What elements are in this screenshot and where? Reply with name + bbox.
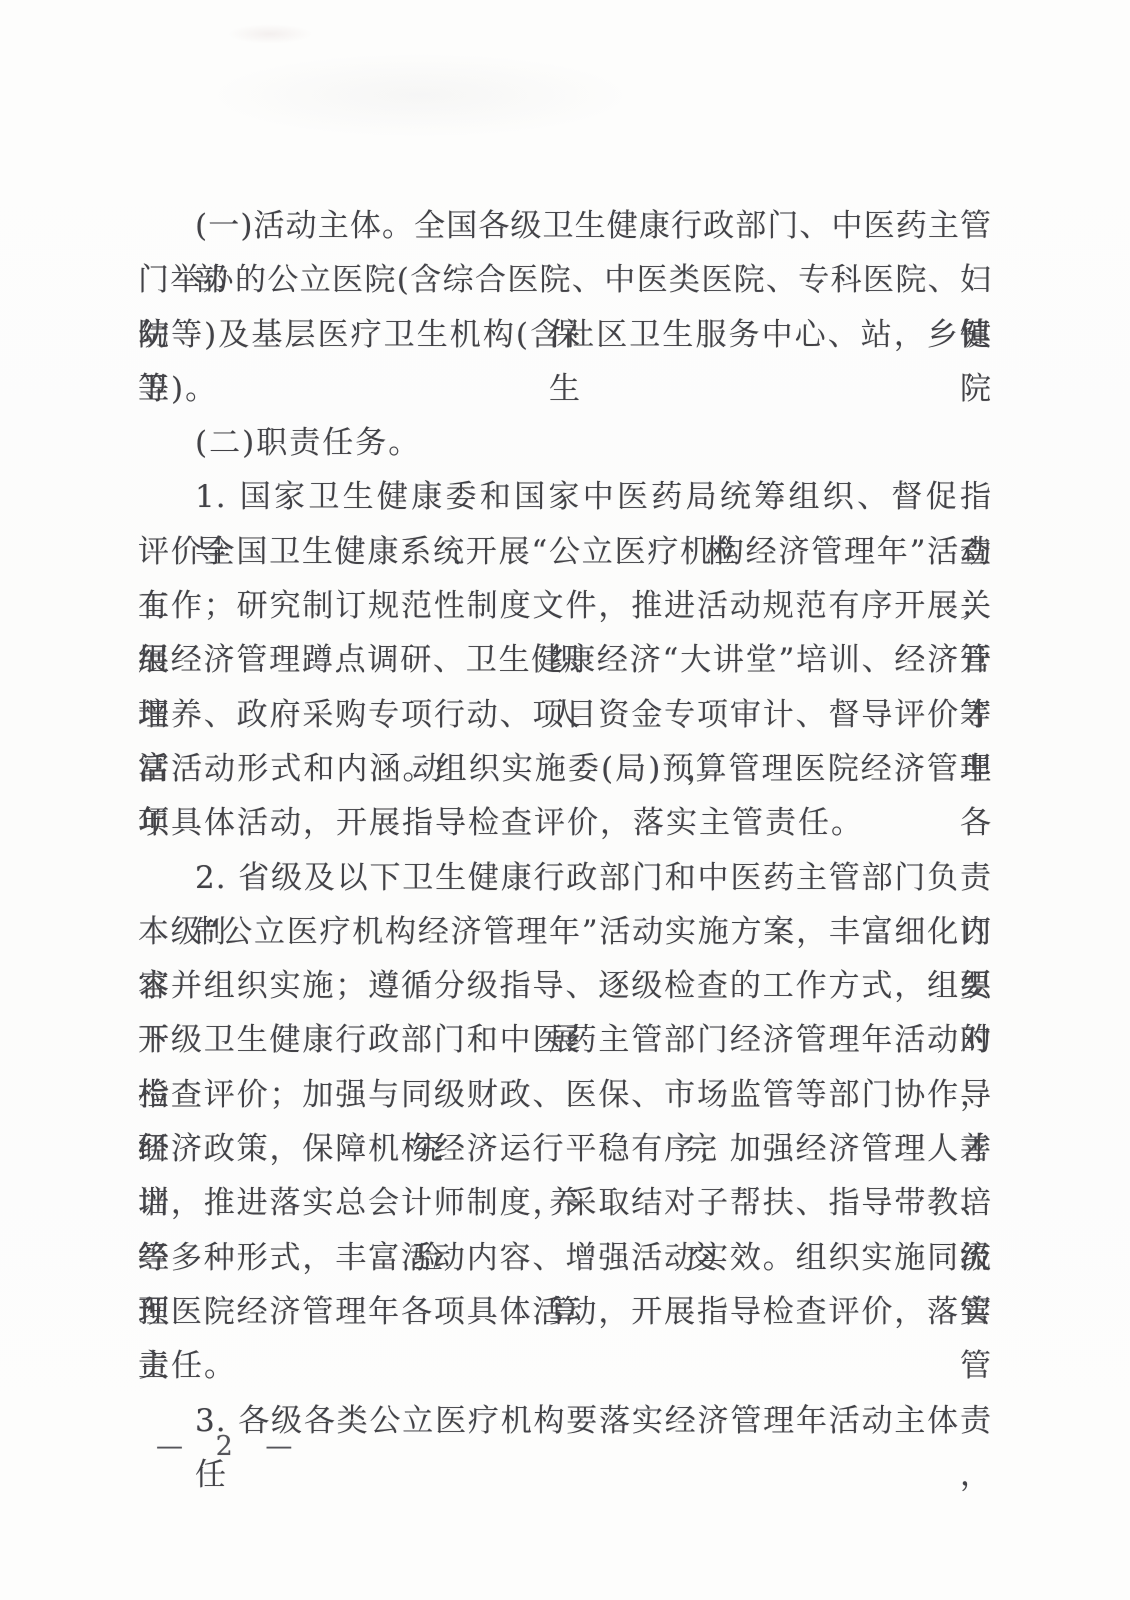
document-page: (一)活动主体。全国各级卫生健康行政部门、中医药主管部 门举办的公立医院(含综合…	[0, 0, 1130, 1600]
text-line: 门举办的公立医院(含综合医院、中医类医院、专科医院、妇幼保健	[138, 253, 992, 307]
text-line: 本级“公立医疗机构经济管理年”活动实施方案，丰富细化内容要	[138, 905, 992, 959]
text-line: 院等)及基层医疗卫生机构(含社区卫生服务中心、站，乡镇卫生院	[138, 308, 992, 362]
text-line: 1. 国家卫生健康委和国家中医药局统筹组织、督促指导、检查	[138, 470, 992, 524]
page-number: — 2 —	[156, 1425, 299, 1469]
text-line: 训，推进落实总会计师制度，采取结对子帮扶、指导带教、经验交流	[138, 1176, 992, 1230]
document-body: (一)活动主体。全国各级卫生健康行政部门、中医药主管部 门举办的公立医院(含综合…	[138, 199, 992, 1448]
text-line: (一)活动主体。全国各级卫生健康行政部门、中医药主管部	[138, 199, 992, 253]
text-line: 展经济管理蹲点调研、卫生健康经济“大讲堂”培训、经济管理人才	[138, 633, 992, 687]
text-line: 等多种形式，丰富活动内容、增强活动实效。组织实施同级预算管	[138, 1231, 992, 1285]
text-line: 工作；研究制订规范性制度文件，推进活动规范有序开展；组织开	[138, 579, 992, 633]
text-line: 求并组织实施；遵循分级指导、逐级检查的工作方式，组织开展对	[138, 959, 992, 1013]
text-line: (二)职责任务。	[138, 416, 992, 470]
text-line: 理医院经济管理年各项具体活动，开展指导检查评价，落实主管	[138, 1285, 992, 1339]
text-line: 2. 省级及以下卫生健康行政部门和中医药主管部门负责制订	[138, 851, 992, 905]
text-line: 富活动形式和内涵。组织实施委(局)预算管理医院经济管理年各	[138, 742, 992, 796]
text-line: 评价全国卫生健康系统开展“公立医疗机构经济管理年”活动有关	[138, 525, 992, 579]
text-line: 项具体活动，开展指导检查评价，落实主管责任。	[138, 796, 992, 850]
text-line: 下级卫生健康行政部门和中医药主管部门经济管理年活动的指导	[138, 1013, 992, 1067]
text-line: 经济政策，保障机构经济运行平稳有序；加强经济管理人才培养培	[138, 1122, 992, 1176]
text-line: 检查评价；加强与同级财政、医保、市场监管等部门协作，研究完善	[138, 1068, 992, 1122]
text-line: 培养、政府采购专项行动、项目资金专项审计、督导评价等活动，丰	[138, 688, 992, 742]
